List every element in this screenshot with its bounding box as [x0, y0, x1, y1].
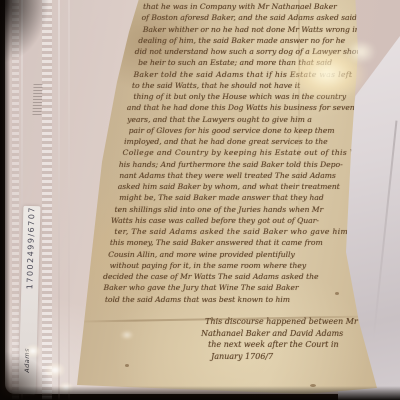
- docket-line: January 1706/7: [211, 351, 358, 363]
- manuscript-line: ten shillings slid into one of the Jurie…: [115, 204, 335, 215]
- docket-note: This discourse happened between Mr Natha…: [205, 316, 358, 362]
- manuscript-text-block: that he was in Company with Mr Nathanael…: [100, 1, 363, 305]
- docket-line: the next week after the Court in: [208, 339, 358, 351]
- manuscript-line: asked him said Baker by whom, and what t…: [118, 181, 338, 192]
- manuscript-line: without paying for it, in the same room …: [110, 260, 327, 271]
- manuscript-line: years, and that the Lawyers ought to giv…: [127, 114, 347, 125]
- sleeve-perforation-strip: [42, 0, 52, 400]
- manuscript-line: of Boston aforesd Baker, and the said Ad…: [141, 12, 361, 23]
- docket-line: Nathanael Baker and David Adams: [201, 328, 358, 340]
- manuscript-line: College and Country by keeping his Estat…: [122, 147, 342, 158]
- manuscript-line: Baker told the said Adams that if his Es…: [134, 69, 354, 80]
- manuscript-line: imployed, and that he had done great ser…: [124, 136, 344, 147]
- manuscript-line: nant Adams that they were well treated T…: [119, 170, 339, 181]
- paper-stain: [125, 364, 129, 367]
- manuscript-line: pair of Gloves for his good service done…: [129, 125, 346, 136]
- manuscript-line: Cousin Allin, and more wine provided ple…: [108, 249, 328, 260]
- manuscript-line: that he was in Company with Mr Nathanael…: [143, 1, 363, 12]
- paper-stain: [310, 384, 316, 387]
- manuscript-line: thing of it but only the House which was…: [133, 91, 350, 102]
- docket-line: This discourse happened between Mr: [205, 316, 358, 328]
- sleeve-glare: [44, 362, 66, 378]
- sleeve-fold-line: [68, 0, 70, 400]
- manuscript-line: told the said Adams that was best known …: [105, 294, 322, 305]
- sleeve-glare: [24, 344, 42, 358]
- manuscript-line: and that he had done this Dog Watts his …: [127, 102, 349, 113]
- manuscript-line: his hands; And furthermore the said Bake…: [119, 159, 341, 170]
- manuscript-line: might be, The said Baker made answer tha…: [119, 192, 336, 203]
- manuscript-line: did not understand how such a sorry dog …: [135, 46, 357, 57]
- sleeve-perforation-strip: [12, 0, 19, 400]
- paper-stain: [335, 292, 339, 295]
- sleeve-glare: [120, 330, 134, 340]
- manuscript-line: Watts his case was called before they go…: [111, 215, 333, 226]
- sleeve-printed-stamp: [32, 84, 42, 116]
- manuscript-line: ter, The said Adams asked the said Baker…: [114, 226, 331, 237]
- manuscript-line: dealing of him, the said Baker made answ…: [138, 35, 358, 46]
- manuscript-line: Baker who gave the Jury that Wine The sa…: [103, 282, 323, 293]
- manuscript-line: be heir to such an Estate; and more than…: [138, 57, 355, 68]
- sleeve-glare: [58, 382, 74, 394]
- manuscript-line: this money, The said Baker answered that…: [110, 237, 330, 248]
- sleeve-fold-line: [58, 0, 60, 400]
- manuscript-line: to the said Watts, that he should not ha…: [132, 80, 352, 91]
- manuscript-line: Baker whither or no he had not done Mr W…: [143, 24, 360, 35]
- manuscript-line: decided the case of Mr Watts The said Ad…: [103, 271, 325, 282]
- reference-number-label: 17002499/6707: [25, 206, 36, 289]
- photograph: that he was in Company with Mr Nathanael…: [0, 0, 400, 400]
